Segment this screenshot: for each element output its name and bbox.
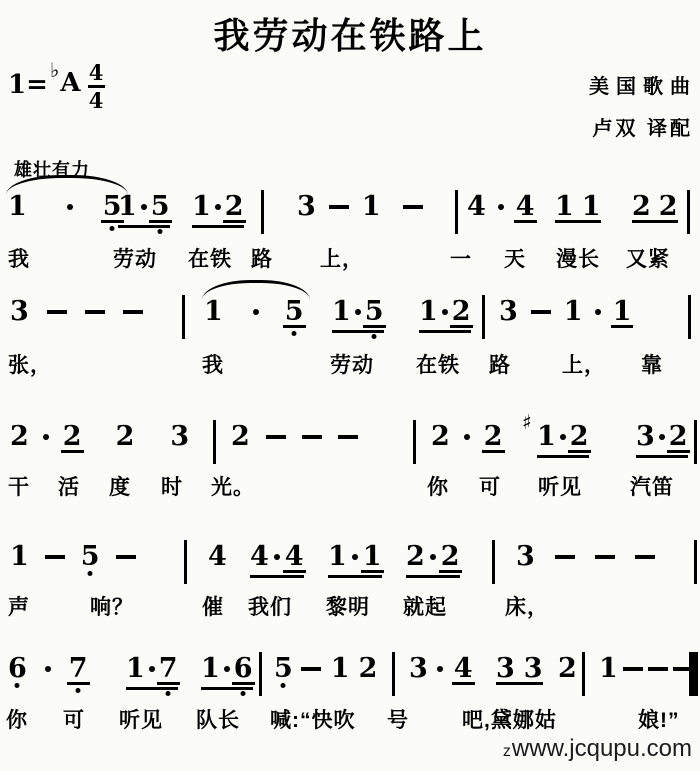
glyph: 1 [599, 658, 618, 680]
beam-group: 15 [118, 196, 170, 228]
beam-group: 12 [192, 196, 244, 228]
glyph: 2 [10, 426, 29, 448]
note-group: 12 [192, 196, 244, 228]
final-barline [689, 652, 698, 696]
glyph: 1 [362, 196, 381, 218]
note-digit: 1 [118, 196, 137, 218]
note-digit: 3 [516, 546, 535, 568]
glyph: 1 [419, 301, 438, 323]
dash-note [635, 546, 655, 559]
note-digit: 1 [328, 546, 347, 568]
glyph: 2 [359, 658, 378, 680]
note-digit: 2 [632, 196, 651, 218]
glyph: 2 [63, 426, 82, 448]
dot-separator [141, 196, 147, 210]
glyph: 5 [285, 301, 304, 323]
octave-dot [281, 683, 286, 688]
glyph [301, 667, 321, 671]
underline [611, 325, 634, 328]
glyph [403, 205, 423, 209]
beam-group: 2 [231, 426, 358, 448]
note-digit: 1 [363, 546, 382, 573]
glyph: 3 [499, 301, 518, 323]
glyph [329, 205, 349, 209]
barline [261, 190, 264, 234]
underline [283, 325, 306, 328]
note-digit: 4 [516, 196, 535, 223]
glyph: 4 [454, 658, 473, 680]
glyph: 4 [516, 196, 535, 218]
note-row: 11 [555, 196, 601, 218]
glyph: 2 [431, 426, 450, 448]
glyph: 4 [250, 546, 269, 568]
lyric-syllable: 我 [8, 243, 30, 273]
watermark-url: www.jcqupu.com [512, 735, 692, 763]
dot-separator [253, 301, 259, 315]
glyph [595, 555, 615, 559]
glyph [437, 666, 443, 672]
glyph: 2 [558, 658, 577, 680]
barline [687, 190, 690, 234]
note-group: 15 [204, 301, 304, 328]
beam-group: 11 [328, 546, 382, 578]
note-digit: 2 [231, 426, 250, 448]
lyric-syllable: 度 [109, 471, 131, 501]
note-group: 512 [274, 658, 377, 682]
dash-note [623, 658, 643, 671]
note-digit: 2 [225, 196, 244, 223]
dot-separator [215, 196, 221, 210]
beam-group: 2223 [10, 426, 189, 453]
beam-group: 15 [8, 196, 122, 223]
underline [667, 450, 690, 453]
note-row: 512 [274, 658, 377, 680]
glyph: 7 [159, 658, 178, 680]
lyric-syllable: 听见 [119, 704, 163, 734]
underline [232, 682, 255, 685]
note-row: 12 [419, 301, 471, 328]
glyph: 3 [297, 196, 316, 218]
note-digit: 2 [441, 546, 460, 573]
glyph [352, 554, 358, 560]
note-group: 15 [332, 301, 384, 333]
beam-group: 33 [496, 658, 543, 685]
dash-note [329, 196, 349, 209]
note-digit: 3 [499, 301, 518, 323]
note-row: 2 [558, 658, 577, 680]
note-group: 12 [419, 301, 471, 333]
note-digit: 1 [537, 426, 556, 448]
underline [67, 682, 90, 685]
lyric-syllable: 光。 [211, 471, 255, 501]
glyph: 1 [613, 301, 632, 323]
note-digit: 1 [362, 196, 381, 218]
dot-separator [224, 658, 230, 672]
lyric-syllable: 活 [58, 471, 80, 501]
note-digit: 1 [599, 658, 618, 680]
note-group: 15 [8, 196, 122, 223]
dash-note [266, 426, 286, 439]
note-row: 15 [204, 301, 304, 328]
glyph [430, 554, 436, 560]
beam-group: 512 [274, 658, 377, 680]
glyph: 5 [81, 546, 100, 568]
glyph: 1 [363, 546, 382, 568]
group-underline [406, 575, 460, 578]
underline [283, 570, 306, 573]
glyph: 2 [441, 546, 460, 568]
note-group: 3 [10, 301, 143, 325]
lyric-syllable: 你 [427, 471, 449, 501]
underline [157, 682, 180, 685]
glyph: 2 [225, 196, 244, 218]
note-digit: 4 [208, 546, 227, 568]
note-group: ♯12 [537, 426, 589, 458]
note-digit: 2 [116, 426, 135, 448]
glyph: 1 [537, 426, 556, 448]
group-underline [192, 225, 244, 228]
glyph: 5 [365, 301, 384, 323]
glyph: 1 [204, 301, 223, 323]
note-row: 44 [467, 196, 535, 223]
group-underline [419, 330, 471, 333]
beam-group: 15 [204, 301, 304, 328]
underline [223, 220, 246, 223]
note-digit: 2 [359, 658, 378, 680]
glyph [266, 435, 286, 439]
glyph: 4 [285, 546, 304, 568]
note-digit: 1 [126, 658, 145, 680]
note-digit: 5 [81, 546, 100, 568]
octave-dot [241, 691, 246, 696]
beam-group: 22 [406, 546, 460, 578]
beam-group: 11 [555, 196, 601, 223]
note-group: 11 [328, 546, 382, 578]
lyric-syllable: 劳动 [113, 243, 157, 273]
beam-group: 12 [537, 426, 589, 458]
glyph [274, 554, 280, 560]
note-row: 17 [126, 658, 178, 685]
lyric-syllable: 干 [8, 471, 30, 501]
note-digit: 5 [274, 658, 293, 680]
lyric-syllable: 响？ [90, 591, 134, 621]
note-row: 22 [632, 196, 678, 218]
barline [182, 295, 185, 339]
octave-dot [76, 688, 81, 693]
glyph: 3 [636, 426, 655, 448]
watermark: z www.jcqupu.com [503, 735, 692, 763]
note-row: 67 [8, 658, 88, 685]
beam-group: 15 [332, 301, 384, 333]
note-group: 16 [201, 658, 253, 690]
dash-note [47, 301, 67, 314]
note-digit: 2 [669, 426, 688, 453]
dot-separator [274, 546, 280, 560]
glyph: 2 [116, 426, 135, 448]
note-group: 2 [558, 658, 577, 682]
note-digit: 1 [564, 301, 583, 323]
glyph: 2 [632, 196, 651, 218]
beam-group: 3 [10, 301, 143, 323]
note-digit: 1 [555, 196, 574, 218]
note-digit: 1 [10, 546, 29, 568]
beam-group: 32 [636, 426, 688, 458]
lyric-syllable: 可 [479, 471, 501, 501]
glyph [648, 667, 668, 671]
watermark-prefix: z [503, 743, 511, 761]
note-row: 31 [297, 196, 423, 218]
glyph: 2 [484, 426, 503, 448]
glyph [149, 666, 155, 672]
underline [361, 570, 384, 573]
glyph: 5 [274, 658, 293, 680]
group-underline [636, 455, 688, 458]
lyric-syllable: 在铁 [188, 243, 232, 273]
beam-group: 12 [419, 301, 471, 333]
note-group: 33 [496, 658, 543, 685]
glyph [555, 555, 575, 559]
barline [455, 190, 458, 234]
lyric-syllable: 号 [387, 704, 409, 734]
underline [452, 682, 475, 685]
barline [259, 652, 262, 696]
note-digit: 1 [204, 301, 223, 323]
glyph [635, 555, 655, 559]
glyph: 2 [570, 426, 589, 448]
glyph [85, 310, 105, 314]
glyph: 2 [452, 301, 471, 323]
glyph [47, 310, 67, 314]
dot-separator [498, 196, 504, 210]
octave-dot [15, 683, 20, 688]
note-digit: 3 [524, 658, 543, 680]
octave-dot [110, 226, 115, 231]
note-digit: 4 [454, 658, 473, 685]
glyph: 1 [332, 301, 351, 323]
note-digit: 3 [409, 658, 428, 680]
glyph [531, 310, 551, 314]
dot-separator [464, 426, 470, 440]
note-digit: 2 [431, 426, 450, 448]
note-row: 32 [636, 426, 688, 453]
glyph: 4 [467, 196, 486, 218]
glyph [560, 434, 566, 440]
dot-separator [595, 301, 601, 315]
note-group: 22 [406, 546, 460, 578]
glyph [442, 309, 448, 315]
barline [694, 420, 697, 464]
note-digit: 1 [192, 196, 211, 218]
note-group: 2223 [10, 426, 189, 453]
glyph [45, 555, 65, 559]
underline [61, 450, 84, 453]
note-digit: 4 [467, 196, 486, 218]
note-group: 4 [208, 546, 227, 570]
note-digit: 5 [285, 301, 304, 328]
barline [492, 540, 495, 584]
dash-note [301, 658, 321, 671]
note-group: 31 [297, 196, 423, 220]
barline [213, 420, 216, 464]
glyph: 1 [126, 658, 145, 680]
glyph [659, 434, 665, 440]
glyph: 1 [201, 658, 220, 680]
underline [568, 450, 591, 453]
note-digit: 3 [10, 301, 29, 323]
dot-separator [45, 658, 51, 672]
barline [688, 295, 691, 339]
glyph [623, 667, 643, 671]
group-underline [126, 687, 178, 690]
underline [363, 325, 386, 328]
note-digit: 3 [496, 658, 515, 680]
underline [514, 220, 537, 223]
glyph: 1 [331, 658, 350, 680]
lyric-syllable: 我们 [248, 591, 292, 621]
note-digit: 2 [10, 426, 29, 448]
dot-separator [149, 658, 155, 672]
note-group: 44 [467, 196, 535, 223]
note-row: 11 [328, 546, 382, 573]
octave-dot [158, 229, 163, 234]
glyph [123, 310, 143, 314]
note-group: 15 [10, 546, 136, 570]
glyph: 5 [151, 196, 170, 218]
glyph: 3 [524, 658, 543, 680]
lyric-syllable: 漫长 [556, 243, 600, 273]
glyph: 4 [208, 546, 227, 568]
glyph: 1 [564, 301, 583, 323]
beam-group: 2 [558, 658, 577, 680]
note-digit: 1 [331, 658, 350, 680]
lyric-syllable: 我 [202, 349, 224, 379]
note-group: 3 [516, 546, 655, 570]
group-underline [201, 687, 253, 690]
dash-note [531, 301, 551, 314]
underline [482, 450, 505, 453]
lyric-syllable: 催 [202, 591, 224, 621]
glyph [464, 434, 470, 440]
glyph: 6 [234, 658, 253, 680]
beam-group: 44 [250, 546, 304, 578]
lyric-syllable: 天 [504, 243, 526, 273]
note-digit: 7 [159, 658, 178, 685]
glyph: 3 [10, 301, 29, 323]
glyph [141, 204, 147, 210]
note-digit: 5 [151, 196, 170, 223]
note-digit: 2 [406, 546, 425, 568]
note-digit: 6 [234, 658, 253, 685]
note-group: 34 [409, 658, 473, 685]
glyph [215, 204, 221, 210]
note-group: 11 [555, 196, 601, 223]
note-digit: 3 [297, 196, 316, 218]
lyric-syllable: 汽笛 [630, 471, 674, 501]
note-digit: 2 [558, 658, 577, 680]
beam-group: 44 [467, 196, 535, 223]
note-group: 15 [118, 196, 170, 228]
dot-separator [430, 546, 436, 560]
lyric-syllable: 可 [63, 704, 85, 734]
note-row: 15 [118, 196, 170, 223]
lyric-syllable: 黎明 [326, 591, 370, 621]
underline [149, 220, 172, 223]
note-row: 15 [8, 196, 122, 223]
beam-group: 15 [10, 546, 136, 568]
lyric-syllable: 一 [450, 243, 472, 273]
note-row: 44 [250, 546, 304, 573]
glyph [302, 435, 322, 439]
barline [482, 295, 485, 339]
glyph [116, 555, 136, 559]
note-row: 22 [406, 546, 460, 573]
lyric-syllable: 你 [6, 704, 28, 734]
underline [450, 325, 473, 328]
glyph [355, 309, 361, 315]
lyric-syllable: 时 [161, 471, 183, 501]
beam-group: 3 [516, 546, 655, 568]
note-row: 1 [599, 658, 693, 680]
note-group: 32 [636, 426, 688, 458]
glyph: 2 [669, 426, 688, 448]
beam-group: 67 [8, 658, 88, 685]
glyph: 3 [409, 658, 428, 680]
group-underline [537, 455, 589, 458]
lyric-syllable: 床， [505, 591, 549, 621]
note-row: 15 [10, 546, 136, 568]
note-row: 311 [499, 301, 631, 328]
note-group: 17 [126, 658, 178, 690]
lyric-syllable: 又紧 [626, 243, 670, 273]
sheet-music-page: 我劳动在铁路上 1= ♭ A 4 4 美国歌曲 卢双 译配 雄壮有力 15151… [0, 0, 700, 771]
dash-note [123, 301, 143, 314]
lyric-syllable: 路 [251, 243, 273, 273]
octave-dot [166, 691, 171, 696]
glyph: 1 [192, 196, 211, 218]
note-digit: 1 [332, 301, 351, 323]
dash-note [116, 546, 136, 559]
dot-separator [659, 426, 665, 440]
note-row: 4 [208, 546, 227, 568]
dash-note [85, 301, 105, 314]
lyric-syllable: 听见 [538, 471, 582, 501]
barline [694, 540, 697, 584]
note-row: 22 [431, 426, 503, 453]
octave-dot [292, 331, 297, 336]
barline [392, 652, 395, 696]
lyric-syllable: 路 [489, 349, 511, 379]
glyph: 6 [8, 658, 27, 680]
glyph [45, 666, 51, 672]
glyph: 1 [582, 196, 601, 218]
beam-group: 4 [208, 546, 227, 568]
underline [439, 570, 462, 573]
beam-group: 17 [126, 658, 178, 690]
glyph [595, 309, 601, 315]
beam-group: 34 [409, 658, 473, 685]
note-digit: 1 [582, 196, 601, 218]
note-row: 15 [332, 301, 384, 328]
lyric-syllable: 吧,黛娜姑 [462, 704, 557, 734]
note-digit: 1 [8, 196, 27, 218]
note-digit: 6 [8, 658, 27, 680]
lyric-syllable: 靠 [641, 349, 663, 379]
group-underline [118, 225, 170, 228]
note-row: 3 [516, 546, 655, 568]
dash-note [302, 426, 322, 439]
beam-group: 31 [297, 196, 423, 218]
glyph: 1 [8, 196, 27, 218]
